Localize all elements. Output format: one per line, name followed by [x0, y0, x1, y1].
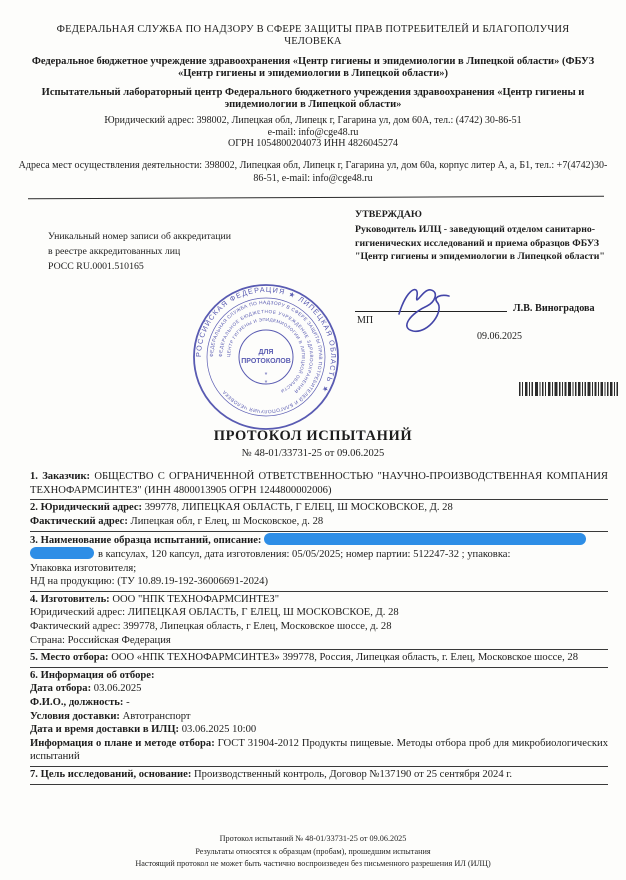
fact-address-value: Липецкая обл, г Елец, ш Московское, д. 2… — [131, 516, 324, 527]
stamp-center-line1: ДЛЯ — [259, 349, 274, 356]
manufacturer-value: ООО "НПК ТЕХНОФАРМСИНТЕЗ" — [112, 594, 279, 605]
organization-name: Федеральное бюджетное учреждение здравоо… — [13, 56, 613, 80]
page-footer: Протокол испытаний № 48-01/33731-25 от 0… — [0, 833, 626, 871]
accreditation-line: Уникальный номер записи об аккредитации — [48, 230, 283, 245]
legal-address-label: 2. Юридический адрес: — [30, 502, 145, 513]
mp-label: МП — [357, 314, 373, 328]
signature-ink — [393, 280, 483, 336]
manufacturer-legal-value: ЛИПЕЦКАЯ ОБЛАСТЬ, Г ЕЛЕЦ, Ш МОСКОВСКОЕ, … — [128, 607, 399, 618]
section-sampling-info: 6. Информация об отборе: Дата отбора:03.… — [30, 668, 608, 767]
fio-value: - — [126, 697, 130, 708]
sampling-date-label: Дата отбора: — [30, 683, 94, 694]
arrival-datetime-label: Дата и время доставки в ИЛЦ: — [30, 724, 182, 735]
approver-position: Руководитель ИЛЦ - заведующий отделом са… — [355, 223, 613, 264]
protocol-document-page: ФЕДЕРАЛЬНАЯ СЛУЖБА ПО НАДЗОРУ В СФЕРЕ ЗА… — [0, 0, 626, 880]
ogrn-inn: ОГРН 1054800204073 ИНН 4826045274 — [13, 138, 613, 150]
footer-protocol-ref: Протокол испытаний № 48-01/33731-25 от 0… — [0, 833, 626, 846]
footer-copy-restriction: Настоящий протокол не может быть частичн… — [0, 858, 626, 871]
approval-block: УТВЕРЖДАЮ Руководитель ИЛЦ - заведующий … — [355, 208, 613, 328]
activity-addresses: Адреса мест осуществления деятельности: … — [18, 159, 608, 185]
accreditation-number: РОСС RU.0001.510165 — [48, 260, 283, 275]
sampling-info-label: 6. Информация об отборе: — [30, 670, 155, 681]
sample-details: в капсулах, 120 капсул, дата изготовлени… — [98, 549, 510, 560]
sampling-place-value: ООО «НПК ТЕХНОФАРМСИНТЕЗ» 399778, Россия… — [111, 652, 578, 663]
federal-service-name: ФЕДЕРАЛЬНАЯ СЛУЖБА ПО НАДЗОРУ В СФЕРЕ ЗА… — [33, 24, 593, 48]
signature-zone: Л.В. Виноградова МП 09.06.2025 — [355, 294, 613, 328]
sampling-date-value: 03.06.2025 — [94, 683, 142, 694]
sample-name-label: 3. Наименование образца испытаний, описа… — [30, 535, 264, 546]
lab-center-name: Испытательный лабораторный центр Федерал… — [33, 87, 593, 111]
section-sampling-place: 5. Место отбора:ООО «НПК ТЕХНОФАРМСИНТЕЗ… — [30, 650, 608, 668]
manufacturer-fact-value: 399778, Липецкая область, г Елец, Москов… — [123, 621, 391, 632]
section-customer: 1. Заказчик:ОБЩЕСТВО С ОГРАНИЧЕННОЙ ОТВЕ… — [30, 469, 608, 500]
header-email: e-mail: info@cge48.ru — [13, 127, 613, 139]
svg-text:*: * — [265, 380, 268, 387]
approver-name: Л.В. Виноградова — [513, 302, 595, 316]
svg-text:*: * — [265, 372, 268, 379]
sample-packaging: Упаковка изготовителя; — [30, 562, 608, 576]
legal-address: Юридический адрес: 398002, Липецкая обл,… — [13, 115, 613, 127]
nd-label: НД на продукцию: — [30, 576, 117, 587]
sampling-plan-label: Информация о плане и методе отбора: — [30, 738, 218, 749]
section-customer-address: 2. Юридический адрес:399778, ЛИПЕЦКАЯ ОБ… — [30, 500, 608, 531]
protocol-sections: 1. Заказчик:ОБЩЕСТВО С ОГРАНИЧЕННОЙ ОТВЕ… — [30, 469, 608, 784]
arrival-datetime-value: 03.06.2025 10:00 — [182, 724, 256, 735]
fio-label: Ф.И.О., должность: — [30, 697, 126, 708]
fact-address-label: Фактический адрес: — [30, 516, 131, 527]
sampling-place-label: 5. Место отбора: — [30, 652, 111, 663]
section-sample: 3. Наименование образца испытаний, описа… — [30, 532, 608, 592]
section-manufacturer: 4. Изготовитель:ООО "НПК ТЕХНОФАРМСИНТЕЗ… — [30, 592, 608, 650]
purpose-value: Производственный контроль, Договор №1371… — [194, 769, 512, 780]
customer-value: ОБЩЕСТВО С ОГРАНИЧЕННОЙ ОТВЕТСТВЕННОСТЬЮ… — [30, 471, 608, 496]
customer-label: 1. Заказчик: — [30, 471, 94, 482]
round-stamp-seal: РОССИЙСКАЯ ФЕДЕРАЦИЯ ★ ЛИПЕЦКАЯ ОБЛАСТЬ … — [190, 281, 342, 433]
redaction-box-sample-name — [30, 547, 94, 559]
purpose-label: 7. Цель исследований, основание: — [30, 769, 194, 780]
accreditation-line: в реестре аккредитованных лиц — [48, 245, 283, 260]
footer-results-note: Результаты относятся к образцам (пробам)… — [0, 846, 626, 859]
protocol-number: № 48-01/33731-25 от 09.06.2025 — [0, 448, 626, 459]
manufacturer-legal-label: Юридический адрес: — [30, 607, 128, 618]
legal-address-value: 399778, ЛИПЕЦКАЯ ОБЛАСТЬ, Г ЕЛЕЦ, Ш МОСК… — [145, 502, 453, 513]
approval-title: УТВЕРЖДАЮ — [355, 208, 613, 222]
country-value: Российская Федерация — [68, 635, 171, 646]
manufacturer-fact-label: Фактический адрес: — [30, 621, 123, 632]
accreditation-block: Уникальный номер записи об аккредитации … — [48, 230, 283, 274]
redaction-box-sample-description — [264, 533, 586, 545]
delivery-conditions-label: Условия доставки: — [30, 711, 123, 722]
barcode — [519, 382, 619, 396]
nd-value: (ТУ 10.89.19-192-36006691-2024) — [117, 576, 268, 587]
document-header: ФЕДЕРАЛЬНАЯ СЛУЖБА ПО НАДЗОРУ В СФЕРЕ ЗА… — [0, 0, 626, 185]
approval-date: 09.06.2025 — [477, 330, 522, 344]
manufacturer-label: 4. Изготовитель: — [30, 594, 112, 605]
delivery-conditions-value: Автотранспорт — [123, 711, 191, 722]
stamp-center-line2: ПРОТОКОЛОВ — [241, 358, 291, 365]
section-purpose: 7. Цель исследований, основание:Производ… — [30, 767, 608, 785]
country-label: Страна: — [30, 635, 68, 646]
